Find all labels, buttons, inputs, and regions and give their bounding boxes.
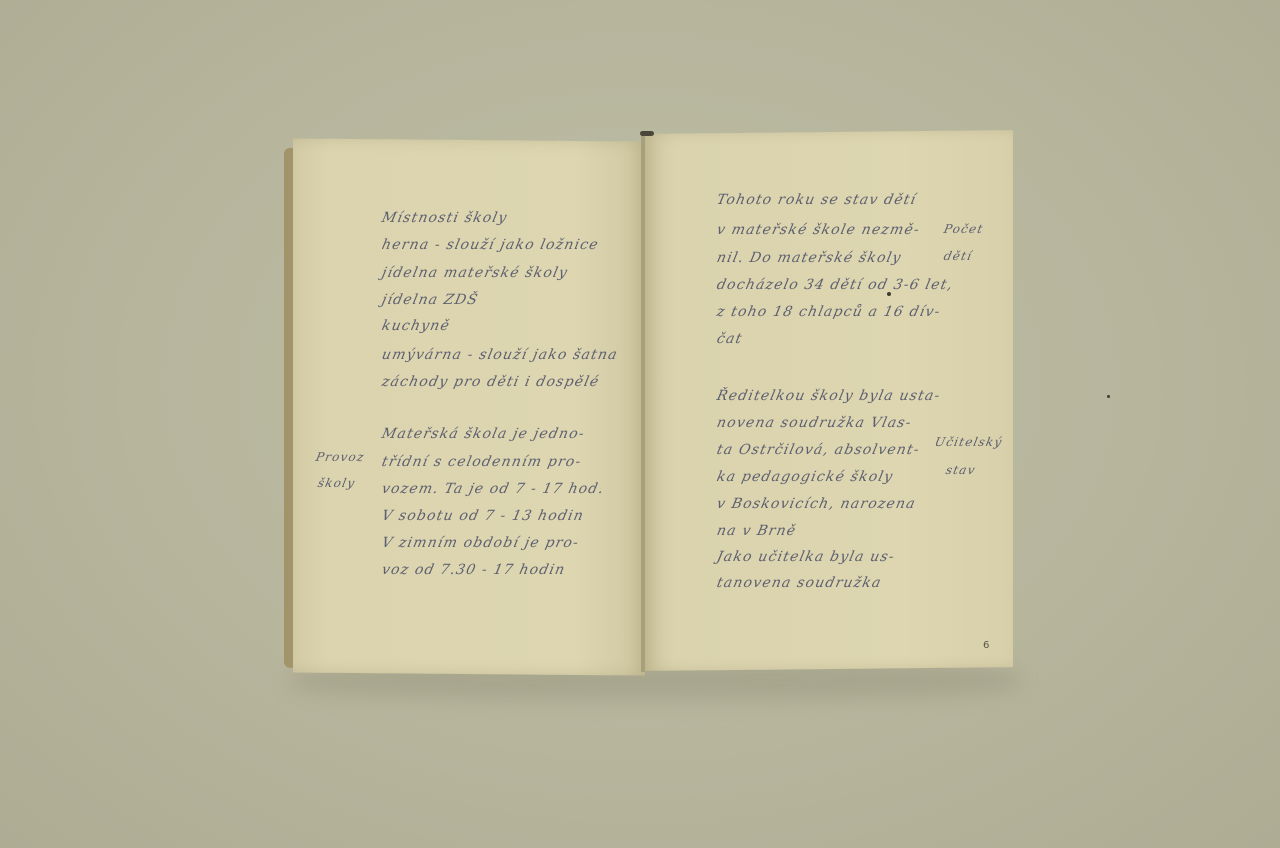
handwritten-line: jídelna mateřské školy	[380, 265, 569, 281]
margin-note: Počet	[943, 222, 985, 236]
handwritten-line: umývárna - slouží jako šatna	[380, 347, 619, 363]
handwritten-line: čat	[715, 331, 744, 347]
handwritten-line: třídní s celodenním pro-	[380, 454, 583, 470]
margin-note: dětí	[943, 249, 974, 263]
handwritten-line: kuchyně	[380, 318, 451, 334]
handwritten-line: novena soudružka Vlas-	[715, 415, 913, 431]
ink-dot	[887, 292, 891, 296]
margin-note: Provoz	[315, 450, 367, 464]
handwritten-line: v Boskovicích, narozena	[715, 496, 917, 512]
handwritten-line: na v Brně	[715, 523, 798, 539]
handwritten-line: v mateřské škole nezmě-	[715, 222, 921, 238]
margin-note: školy	[317, 476, 357, 490]
handwritten-line: ka pedagogické školy	[715, 469, 895, 485]
handwritten-line: záchody pro děti i dospělé	[380, 374, 601, 390]
binding-clip	[640, 131, 654, 136]
handwritten-line: z toho 18 chlapců a 16 dív-	[715, 304, 942, 320]
handwritten-line: Mateřská škola je jedno-	[380, 426, 586, 442]
handwritten-line: Místnosti školy	[380, 210, 509, 226]
handwritten-line: nil. Do mateřské školy	[715, 250, 903, 266]
handwritten-line: herna - slouží jako ložnice	[380, 237, 600, 253]
handwritten-line: tanovena soudružka	[715, 575, 883, 591]
handwritten-line: Tohoto roku se stav dětí	[715, 192, 918, 208]
handwritten-line: jídelna ZDŠ	[380, 292, 480, 308]
handwritten-line: voz od 7.30 - 17 hodin	[380, 562, 567, 578]
handwritten-line: vozem. Ta je od 7 - 17 hod.	[380, 481, 606, 497]
handwritten-line: V sobotu od 7 - 13 hodin	[380, 508, 585, 524]
page-number: 6	[983, 640, 989, 651]
handwritten-line: Jako učitelka byla us-	[715, 549, 896, 565]
margin-note: stav	[945, 463, 978, 477]
handwritten-line: docházelo 34 dětí od 3-6 let,	[715, 277, 955, 293]
handwritten-line: Ředitelkou školy byla usta-	[715, 388, 942, 404]
handwritten-line: V zimním období je pro-	[380, 535, 580, 551]
margin-note: Učitelský	[934, 435, 1004, 449]
handwritten-line: ta Ostrčilová, absolvent-	[715, 442, 921, 458]
dust-speck	[1107, 395, 1110, 398]
book-gutter	[641, 134, 645, 672]
